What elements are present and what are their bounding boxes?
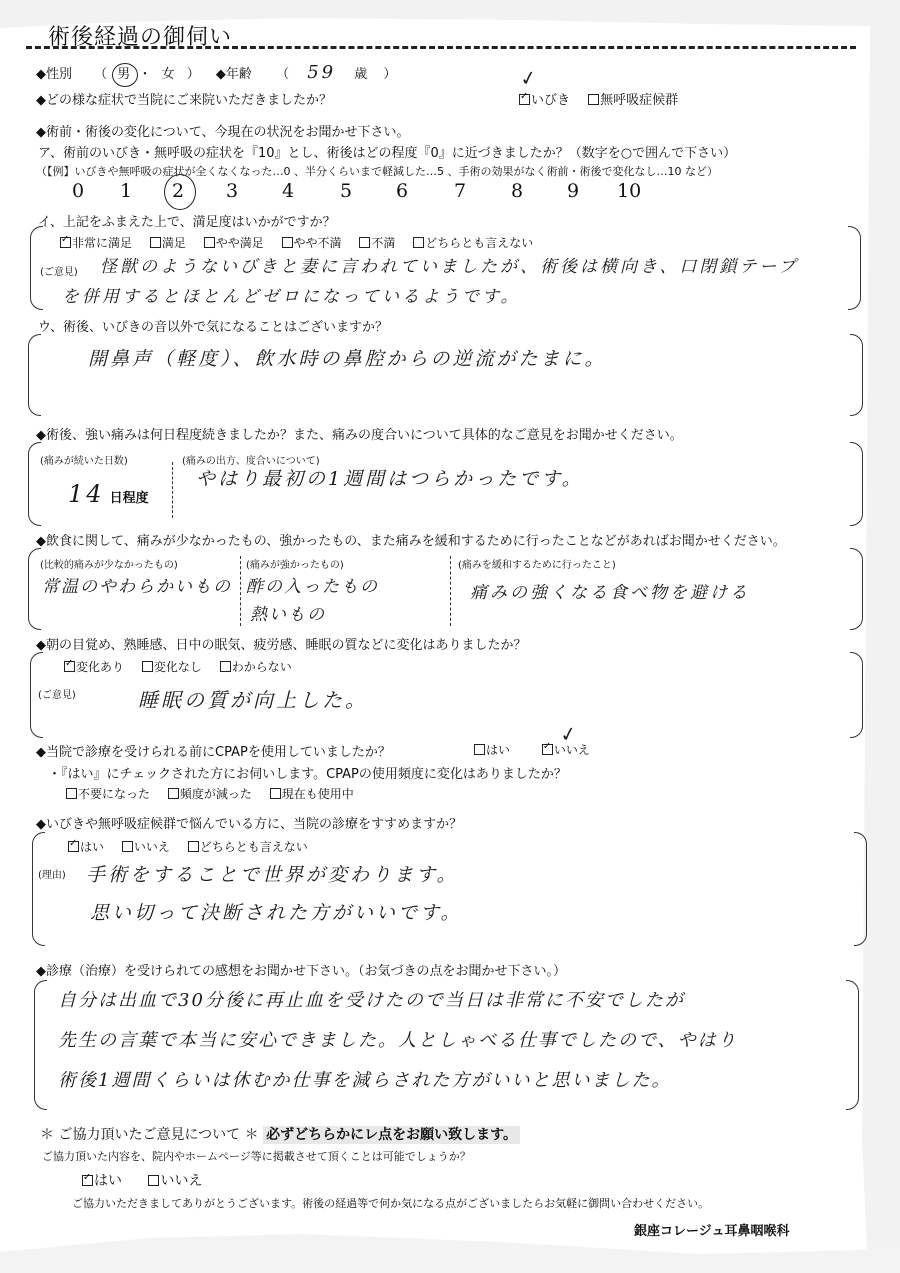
food-col2-value1[interactable]: 酢の入ったもの [246, 572, 379, 597]
column-divider [240, 556, 241, 626]
other-answer[interactable]: 開鼻声（軽度）、飲水時の鼻腔からの逆流がたまに。 [88, 344, 607, 371]
sleep-comment[interactable]: 睡眠の質が向上した。 [138, 684, 368, 713]
gender-option-male[interactable]: 男 [117, 67, 130, 82]
scale-0[interactable]: 0 [72, 180, 120, 202]
option-recommend-neither[interactable]: どちらとも言えない [188, 840, 308, 854]
symptom-question: ◆どの様な症状で当院にご来院いただきましたか？ [36, 89, 332, 108]
scale-5[interactable]: 5 [340, 180, 396, 202]
checkbox-icon [413, 237, 424, 248]
checkbox-checked-icon [519, 94, 530, 105]
checkbox-icon [188, 841, 199, 852]
clinic-name: 銀座コレージュ耳鼻咽喉科 [634, 1220, 789, 1239]
checkbox-icon [150, 237, 161, 248]
bracket-right [848, 226, 861, 310]
bracket-right [850, 334, 863, 416]
satisfaction-comment-line1[interactable]: 怪獣のようないびきと妻に言われていましたが、術後は横向き、口閉鎖テープ [100, 252, 798, 277]
sleep-options: 変化あり 変化なし わからない [64, 658, 306, 675]
food-question: ◆飲食に関して、痛みが少なかったもの、強かったもの、また痛みを緩和するために行っ… [36, 530, 786, 549]
option-no-longer-needed[interactable]: 不要になった [66, 787, 150, 801]
impression-line1[interactable]: 自分は出血で30分後に再止血を受けたので当日は非常に不安でしたが [58, 986, 685, 1012]
consent-title-bold: 必ずどちらかにレ点をお願い致します。 [263, 1126, 520, 1144]
checkbox-icon [588, 94, 599, 105]
recommend-reason-line2[interactable]: 思い切って決断された方がいいです。 [90, 898, 462, 925]
scale-2[interactable]: 2 [172, 180, 226, 202]
consent-options: はい いいえ [82, 1170, 216, 1190]
comment-label: (ご意見) [38, 686, 76, 701]
pain-days-value: 14 [68, 480, 105, 508]
option-neither[interactable]: どちらとも言えない [413, 236, 533, 250]
food-col1-value[interactable]: 常温のやわらかいもの [42, 572, 232, 597]
checkbox-icon [168, 788, 179, 799]
column-divider [450, 556, 451, 626]
bracket-left [28, 334, 41, 416]
option-consent-yes[interactable]: はい [82, 1173, 122, 1189]
checkbox-icon [142, 661, 153, 672]
food-col2-label: (痛みが強かったもの) [246, 556, 344, 571]
other-question: ウ、術後、いびきの音以外で気になることはございますか？ [38, 316, 388, 335]
food-col3-label: (痛みを緩和するために行ったこと) [458, 556, 616, 571]
checkbox-icon [148, 1175, 159, 1186]
food-col2-value2[interactable]: 熱いもの [250, 600, 326, 625]
bracket-right [850, 442, 863, 526]
consent-title: ＊ ご協力頂いたご意見について ＊ 必ずどちらかにレ点をお願い致します。 [40, 1124, 520, 1144]
cpap-question: ◆当院で診療を受けられる前にCPAPを使用していましたか？ [36, 741, 391, 760]
cpap-options: はい いいえ [474, 741, 604, 758]
cpap-followup: ・『はい』にチェックされた方にお伺いします。CPAPの使用頻度に変化はありました… [48, 763, 567, 782]
satisfaction-comment-line2[interactable]: を併用するとほとんどゼロになっているようです。 [62, 282, 521, 307]
pain-days-field[interactable]: 14 日程度 [68, 480, 149, 508]
consent-question: ご協力頂いた内容を、院内やホームページ等に掲載させて頂くことは可能でしょうか？ [42, 1148, 471, 1164]
bracket-left [32, 832, 45, 946]
recommend-question: ◆いびきや無呼吸症候群で悩んでいる方に、当院の診療をすすめますか？ [36, 813, 462, 832]
bracket-right [850, 652, 863, 738]
bracket-right [850, 548, 863, 630]
checkbox-icon [204, 237, 215, 248]
option-unknown[interactable]: わからない [220, 660, 292, 674]
sleep-question: ◆朝の目覚め、熟睡感、日中の眠気、疲労感、睡眠の質などに変化はありましたか？ [36, 634, 526, 653]
checkbox-checked-icon [82, 1175, 93, 1186]
pain-days-unit: 日程度 [110, 491, 149, 506]
age-value[interactable]: 59 [307, 62, 336, 83]
option-dissatisfied[interactable]: 不満 [359, 236, 395, 250]
gender-label: ◆性別 [36, 67, 72, 82]
scale-6[interactable]: 6 [396, 180, 454, 202]
checkbox-checked-icon [68, 841, 79, 852]
change-example: （【例】いびきや無呼吸の症状が全くなくなった…0 、半分くらいまで軽減した…5 … [36, 163, 718, 179]
option-changed[interactable]: 変化あり [64, 660, 124, 674]
satisfaction-options: 非常に満足 満足 やや満足 やや不満 不満 どちらとも言えない [60, 234, 547, 251]
age-label: ◆年齢 [216, 67, 252, 82]
consent-title-left: ＊ ご協力頂いたご意見について ＊ [40, 1127, 259, 1143]
recommend-reason-line1[interactable]: 手術をすることで世界が変わります。 [86, 860, 458, 887]
option-snoring[interactable]: いびき [519, 93, 570, 108]
change-sub-a: ア、術前のいびき・無呼吸の症状を『10』とし、術後はどの程度『0』に近づきました… [38, 142, 736, 161]
symptom-options: いびき 無呼吸症候群 [519, 89, 692, 108]
bracket-right [854, 832, 867, 946]
scale-4[interactable]: 4 [282, 180, 340, 202]
option-cpap-no[interactable]: いいえ [542, 743, 590, 757]
recommend-options: はい いいえ どちらとも言えない [68, 838, 322, 855]
scale-row: 0 1 2 3 4 5 6 7 8 9 10 [72, 180, 692, 202]
option-recommend-yes[interactable]: はい [68, 840, 104, 854]
impression-line3[interactable]: 術後1週間くらいは休むか仕事を減らされた方がいいと思いました。 [58, 1066, 671, 1092]
bracket-right [846, 980, 859, 1110]
reason-label: (理由) [38, 866, 66, 881]
selected-circle [164, 174, 196, 210]
gender-option-female[interactable]: 女 [162, 67, 175, 82]
checkbox-icon [66, 788, 77, 799]
option-recommend-no[interactable]: いいえ [122, 840, 170, 854]
change-heading: ◆術前・術後の変化について、今現在の状況をお聞かせ下さい。 [36, 121, 409, 140]
checkbox-icon [122, 841, 133, 852]
option-apnea[interactable]: 無呼吸症候群 [588, 93, 678, 108]
pain-days-label: (痛みが続いた日数) [40, 452, 128, 467]
option-cpap-yes[interactable]: はい [474, 743, 510, 757]
impression-question: ◆診療（治療）を受けられての感想をお聞かせ下さい。（お気づきの点をお聞かせ下さい… [36, 960, 566, 979]
option-still-using[interactable]: 現在も使用中 [270, 787, 354, 801]
option-satisfied[interactable]: 満足 [150, 236, 186, 250]
option-very-satisfied[interactable]: 非常に満足 [60, 236, 132, 250]
food-col1-label: (比較的痛みが少なかったもの) [40, 556, 178, 571]
option-consent-no[interactable]: いいえ [148, 1173, 202, 1189]
option-somewhat-satisfied[interactable]: やや満足 [204, 236, 264, 250]
pain-question: ◆術後、強い痛みは何日程度続きましたか？また、痛みの度合いについて具体的なご意見… [36, 424, 683, 443]
scale-9[interactable]: 9 [567, 180, 617, 202]
column-divider [172, 462, 173, 518]
gender-row: ◆性別 （ 男 ・ 女 ） ◆年齢 （ 59 歳 ） [36, 62, 396, 83]
satisfaction-question: イ、上記をふまえた上で、満足度はいかがですか？ [38, 211, 336, 230]
scale-8[interactable]: 8 [511, 180, 567, 202]
comment-label: (ご意見) [40, 263, 78, 278]
scale-3[interactable]: 3 [226, 180, 282, 202]
option-no-change[interactable]: 変化なし [142, 660, 202, 674]
bracket-left [34, 980, 47, 1110]
food-col3-value[interactable]: 痛みの強くなる食べ物を避ける [470, 578, 750, 603]
checkbox-icon [359, 237, 370, 248]
thanks-text: ご協力いただきましてありがとうございます。術後の経過等で何か気になる点がございま… [72, 1195, 709, 1211]
option-frequency-reduced[interactable]: 頻度が減った [168, 787, 252, 801]
checkbox-checked-icon [542, 744, 553, 755]
checkbox-checked-icon [64, 661, 75, 672]
pain-detail-value[interactable]: やはり最初の1週間はつらかったです。 [196, 464, 584, 491]
scale-10[interactable]: 10 [617, 180, 641, 202]
checkbox-icon [220, 661, 231, 672]
cpap-followup-options: 不要になった 頻度が減った 現在も使用中 [66, 785, 368, 802]
option-somewhat-dissatisfied[interactable]: やや不満 [282, 236, 342, 250]
checkbox-icon [270, 788, 281, 799]
impression-line2[interactable]: 先生の言葉で本当に安心できました。人としゃべる仕事でしたので、やはり [58, 1026, 738, 1052]
checkbox-icon [474, 744, 485, 755]
checkbox-icon [282, 237, 293, 248]
title-divider [26, 46, 856, 49]
scale-7[interactable]: 7 [454, 180, 511, 202]
checkbox-checked-icon [60, 237, 71, 248]
